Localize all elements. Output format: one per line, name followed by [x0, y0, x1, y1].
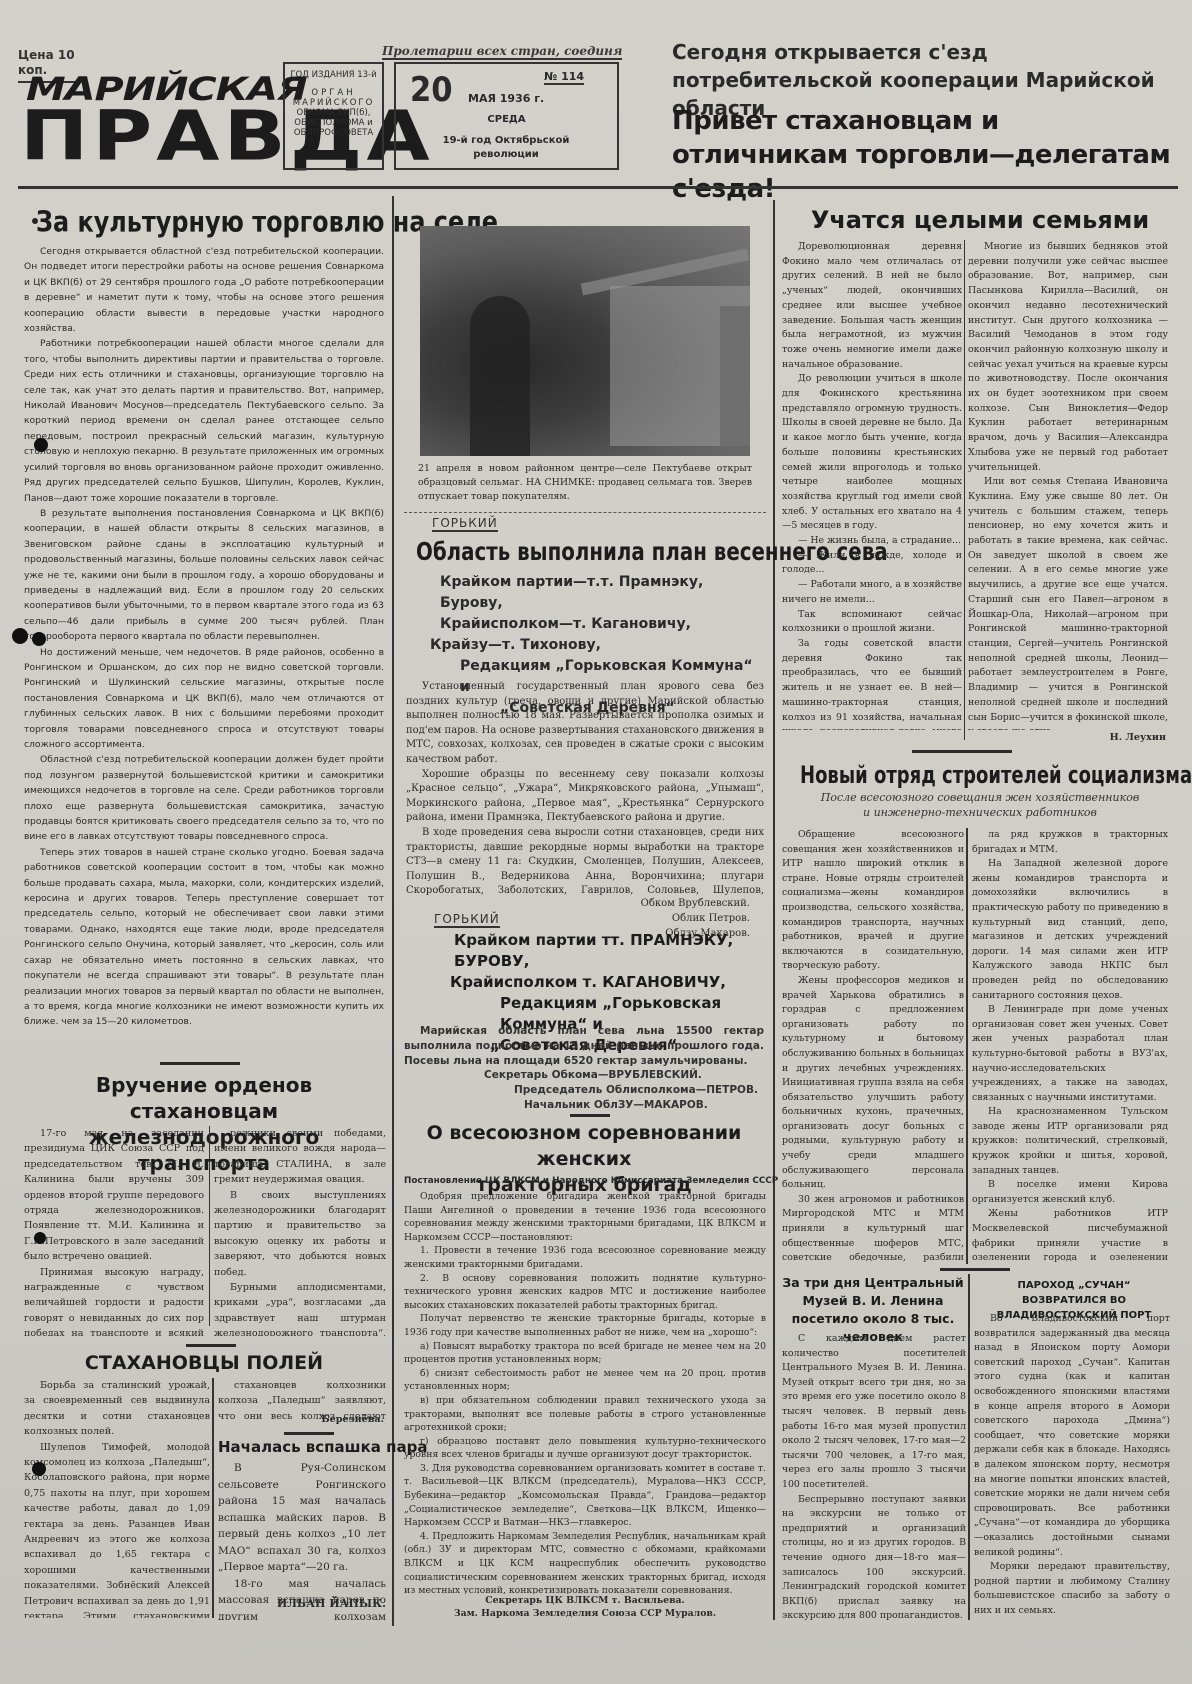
article-new-detachment-col2: ла ряд кружков в тракторных бригадах и М…: [972, 828, 1168, 1264]
slogan: Пролетарии всех стран, соединяйтесь!: [382, 44, 622, 60]
ornament-divider: [160, 1062, 240, 1065]
signature: Секретарь Обкома—ВРУБЛЕВСКИЙ.: [404, 1068, 764, 1083]
paragraph: Шулепов Тимофей, молодой комсомолец из к…: [24, 1440, 210, 1618]
paragraph: Теперь этих товаров в нашей стране сколь…: [24, 845, 384, 1024]
newspaper-page: Цена 10 коп. Пролетарии всех стран, соед…: [0, 0, 1192, 1684]
women-brigades-signatures: Секретарь ЦК ВЛКСМ т. Васильева. Зам. На…: [404, 1594, 766, 1620]
paragraph: 2. В основу соревнования положить поднят…: [404, 1272, 766, 1313]
ink-blot: [34, 1232, 46, 1244]
addressee: Крайком партии тт. ПРАМНЭКУ, БУРОВУ,: [420, 930, 760, 972]
column-rule: [392, 196, 394, 1626]
divider: [570, 1114, 610, 1117]
flax-signatures: Секретарь Обкома—ВРУБЛЕВСКИЙ. Председате…: [404, 1068, 764, 1113]
addressee: Крайзу—т. Тихонову,: [420, 635, 760, 656]
subhead-new-detachment: После всесоюзного совещания жен хозяйств…: [782, 790, 1178, 820]
paragraph: Так вспоминают сейчас колхозники о прошл…: [782, 608, 962, 637]
ink-blot: [32, 632, 46, 646]
article-women-brigades: Одобряя предложение бригадира женской тр…: [404, 1190, 766, 1594]
paragraph: Или вот семья Степана Ивановича Куклина.…: [968, 475, 1168, 730]
paragraph: Хорошие образцы по весеннему севу показа…: [406, 768, 764, 826]
signature: Н. Леухин: [968, 730, 1166, 745]
ink-blot: [32, 218, 38, 224]
subhead-line: После всесоюзного совещания жен хозяйств…: [782, 790, 1178, 805]
paragraph: В Руя-Солинском сельсовете Ронгинского р…: [218, 1460, 386, 1576]
organ-line: ОБИСПОЛКОМА и: [285, 118, 382, 128]
addressee: Крайисполком т. КАГАНОВИЧУ,: [420, 972, 760, 993]
signature: Березнёва.: [218, 1412, 384, 1427]
paragraph: Но достижений меньше, чем недочетов. В р…: [24, 645, 384, 753]
subhead-women-brigades: Постановление ЦК ВЛКСМ и Народного Комис…: [404, 1176, 766, 1186]
masthead-divider: [18, 186, 1178, 189]
article-sowing-plan: Установленный государственный план ярово…: [406, 680, 764, 895]
addressee: Крайисполком—т. Кагановичу,: [420, 614, 760, 635]
paragraph: Получат первенство те женские тракторные…: [404, 1312, 766, 1339]
article-families-col1: Дореволюционная деревня Фокино мало чем …: [782, 240, 962, 730]
paragraph: Моряки передают правительству, родной па…: [974, 1560, 1170, 1618]
column-rule: [968, 1274, 970, 1620]
headline-ploughing: Началась вспашка пара: [218, 1438, 388, 1456]
paragraph: Работники потребкооперации нашей области…: [24, 336, 384, 505]
article-suchan: Во Владивостокский порт возвратился заде…: [974, 1312, 1170, 1622]
paragraph: 1. Провести в течение 1936 года всесоюзн…: [404, 1244, 766, 1271]
paragraph: Борьба за сталинский урожай, за своеврем…: [24, 1378, 210, 1440]
paragraph: На Западной железной дороге жены команди…: [972, 857, 1168, 1003]
article-flax: Марийская область план сева льна 15500 г…: [404, 1024, 764, 1069]
paragraph: 30 жен агрономов и работников Миргородск…: [782, 1193, 964, 1264]
publisher-box: ГОД ИЗДАНИЯ 13-й ОРГАН МАРИЙСКОГО ОБКОМА…: [283, 62, 384, 170]
paragraph: Дореволюционная деревня Фокино мало чем …: [782, 240, 962, 372]
signature: Зам. Наркома Земледелия Союза ССР Мурало…: [404, 1607, 766, 1620]
kicker-gorky: ГОРЬКИЙ: [434, 912, 500, 928]
paragraph: Установленный государственный план ярово…: [406, 680, 764, 768]
organ-line: ОБКОМА ВКП(б),: [285, 108, 382, 118]
paragraph: г) образцово поставят дело повышения кул…: [404, 1435, 766, 1462]
lead-headline: Привет стахановцам и отличникам торговли…: [672, 104, 1182, 206]
divider: [912, 750, 1012, 753]
paragraph: Во Владивостокский порт возвратился заде…: [974, 1312, 1170, 1560]
signature: Облик Петров.: [560, 911, 750, 926]
paragraph: В поселке имени Кирова организуется женс…: [972, 1178, 1168, 1207]
headline-new-detachment: Новый отряд строителей социализма: [800, 760, 1192, 789]
paragraph: В Ленинграде при доме ученых организован…: [972, 1003, 1168, 1105]
paragraph: Жены работников ИТР Москвелевской писчеб…: [972, 1207, 1168, 1264]
issue-day: 20: [410, 70, 453, 110]
kicker-gorky: ГОРЬКИЙ: [432, 516, 498, 532]
article-orders-col1: 17-го мая на заседании президиума ЦИК Со…: [24, 1126, 204, 1336]
paragraph: С каждым днем растет количество посетите…: [782, 1332, 966, 1493]
headline-women-brigades: О всесоюзном соревновании женских тракто…: [404, 1120, 764, 1198]
divider: [404, 512, 766, 513]
subhead-line: и инженерно-технических работников: [782, 805, 1178, 820]
article-orders-col2: рожники своими победами, имени великого …: [214, 1126, 386, 1336]
paragraph: В результате выполнения постановления Со…: [24, 506, 384, 645]
paragraph: Беспрерывно поступают заявки на экскурси…: [782, 1493, 966, 1622]
date-box: 20 № 114 МАЯ 1936 г. СРЕДА 19-й год Октя…: [394, 62, 619, 170]
paragraph: рожники своими победами, имени великого …: [214, 1126, 386, 1188]
publication-year: ГОД ИЗДАНИЯ 13-й: [285, 70, 382, 80]
paragraph: За годы советской власти деревня Фокино …: [782, 637, 962, 730]
signature: Секретарь ЦК ВЛКСМ т. Васильева.: [404, 1594, 766, 1607]
signature: ИЛЬАН ЙАПЫК.: [218, 1596, 386, 1611]
paragraph: В ходе проведения сева выросли сотни ста…: [406, 826, 764, 895]
column-rule: [773, 200, 775, 1620]
article-lenin-museum: С каждым днем растет количество посетите…: [782, 1332, 966, 1622]
paragraph: ла ряд кружков в тракторных бригадах и М…: [972, 828, 1168, 857]
paragraph: Многие из бывших бедняков этой деревни п…: [968, 240, 1168, 475]
paragraph: Жены профессоров медиков и врачей Харько…: [782, 974, 964, 1193]
article-families-col2: Многие из бывших бедняков этой деревни п…: [968, 240, 1168, 730]
article-new-detachment-col1: Обращение всесоюзного совещания жен хозя…: [782, 828, 964, 1264]
column-rule: [212, 1378, 214, 1618]
paragraph: До революции учиться в школе для Фокинск…: [782, 372, 962, 534]
paragraph: Областной с'езд потребительской кооперац…: [24, 752, 384, 844]
paragraph: Бурными аплодисментами, криками „ура“, в…: [214, 1280, 386, 1336]
headline-families: Учатся целыми семьями: [780, 206, 1180, 234]
paragraph: Марийская область план сева льна 15500 г…: [404, 1024, 764, 1069]
organ-line: МАРИЙСКОГО: [285, 98, 382, 108]
paragraph: а) Повысят выработку трактора по всей бр…: [404, 1340, 766, 1367]
addressee: Крайком партии—т.т. Прамнэку, Бурову,: [420, 572, 760, 614]
headline-line: О всесоюзном соревновании женских: [404, 1120, 764, 1172]
photo-caption: 21 апреля в новом районном центре—селе П…: [418, 462, 752, 504]
headline-field-stakhanovites: СТАХАНОВЦЫ ПОЛЕЙ: [24, 1352, 384, 1374]
paragraph: в) при обязательном соблюдении правил те…: [404, 1394, 766, 1435]
ink-blot: [32, 1462, 46, 1476]
paragraph: — Работали много, а в хозяйстве ничего н…: [782, 578, 962, 607]
organ-line: ОРГАН: [285, 88, 382, 98]
paragraph: В своих выступлениях железнодорожники бл…: [214, 1188, 386, 1280]
ink-blot: [12, 628, 28, 644]
paragraph: Одобряя предложение бригадира женской тр…: [404, 1190, 766, 1244]
paragraph: 3. Для руководства соревнованием организ…: [404, 1462, 766, 1530]
issue-number: № 114: [544, 70, 584, 85]
signature: Обком Врублевский.: [560, 896, 750, 911]
paragraph: Обращение всесоюзного совещания жен хозя…: [782, 828, 964, 974]
divider: [940, 1268, 1010, 1271]
organ-line: ОБЛПРОФСОВЕТА: [285, 128, 382, 138]
divider: [186, 1344, 236, 1347]
paragraph: б) снизят себестоимость работ не менее ч…: [404, 1367, 766, 1394]
paragraph: — Жили в нужде, холоде и голоде...: [782, 549, 962, 578]
article-culture-trade: Сегодня открывается областной с'езд потр…: [24, 244, 384, 1024]
signature: Начальник ОблЗУ—МАКАРОВ.: [404, 1098, 764, 1113]
headline-line: Вручение орденов стахановцам: [24, 1072, 384, 1124]
paragraph: — Не жизнь была, а страдание...: [782, 534, 962, 549]
column-rule: [964, 240, 965, 740]
paragraph: На краснознаменном Тульском заводе жены …: [972, 1105, 1168, 1178]
paragraph: 17-го мая на заседании президиума ЦИК Со…: [24, 1126, 204, 1265]
column-rule: [966, 828, 968, 1264]
signature: Председатель Облисполкома—ПЕТРОВ.: [404, 1083, 764, 1098]
weekday: СРЕДА: [396, 114, 617, 125]
ink-blot: [34, 438, 48, 452]
divider: [284, 1432, 334, 1435]
paragraph: Принимая высокую награду, награжденные с…: [24, 1265, 204, 1336]
issue-date: МАЯ 1936 г.: [468, 92, 544, 105]
column-rule: [209, 1126, 210, 1326]
photo-village-store: [420, 226, 750, 456]
paragraph: Сегодня открывается областной с'езд потр…: [24, 244, 384, 336]
paragraph: 4. Предложить Наркомам Земледелия Респуб…: [404, 1530, 766, 1594]
article-field-col1: Борьба за сталинский урожай, за своеврем…: [24, 1378, 210, 1618]
revolution-year: 19-й год Октябрьской революции: [416, 134, 596, 162]
